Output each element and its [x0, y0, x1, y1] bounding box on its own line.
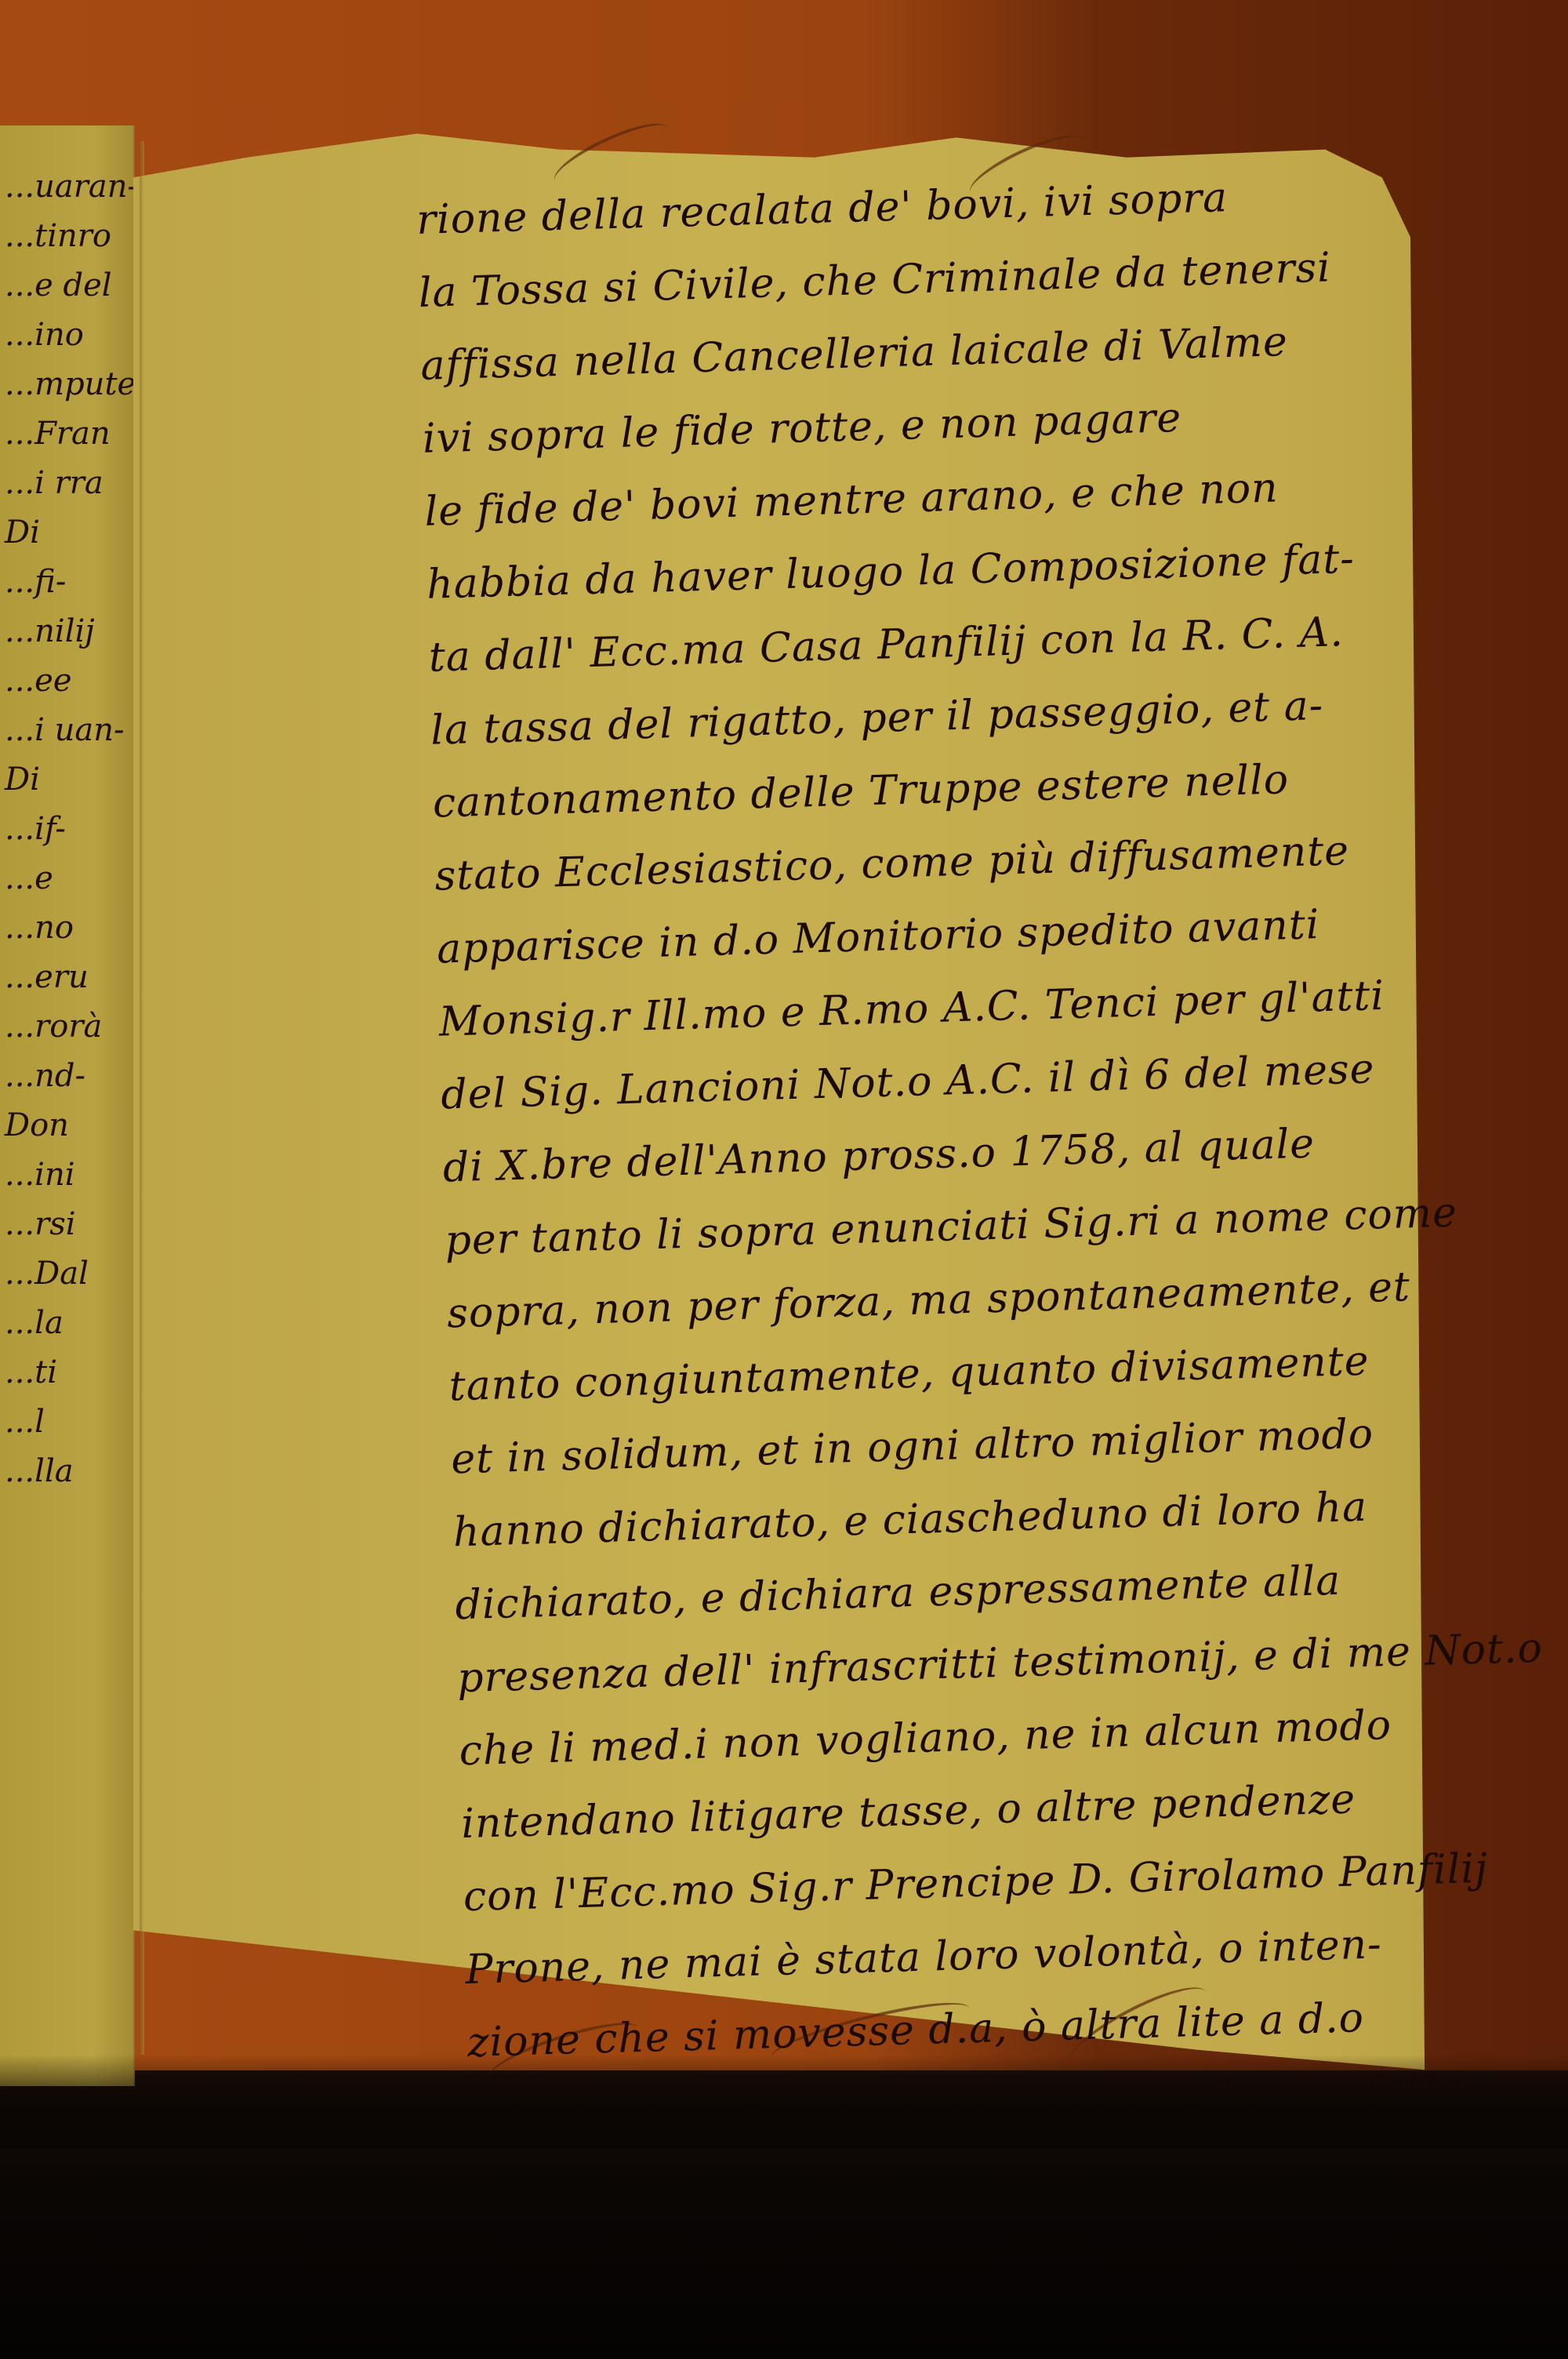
left-fragment: ...lla	[0, 1453, 133, 1503]
left-fragment: ...Dal	[0, 1256, 133, 1305]
page-fold	[140, 141, 144, 2055]
left-fragment: ...e del	[0, 267, 133, 317]
left-fragment: ...if-	[0, 811, 133, 860]
left-fragment: ...i uan-	[0, 712, 133, 761]
left-fragment: ...Fran	[0, 416, 133, 465]
left-fragment: ...i rra	[0, 465, 133, 514]
left-fragment: ...e	[0, 860, 133, 910]
left-fragment: ...ti	[0, 1354, 133, 1404]
left-fragment: Di	[0, 761, 133, 811]
left-fragment: ...tinro	[0, 218, 133, 267]
left-fragment: ...rorà	[0, 1009, 133, 1058]
left-fragment: ...mpute	[0, 366, 133, 416]
left-fragment: ...uaran-	[0, 169, 133, 218]
left-page-text: ...uaran- ...tinro ...e del ...ino ...mp…	[0, 169, 133, 1503]
manuscript-text: rione della recalata de' bovi, ivi sopra…	[416, 153, 1568, 2153]
left-fragment: ...nilij	[0, 613, 133, 663]
left-fragment: ...ini	[0, 1157, 133, 1206]
bottom-shadow	[0, 2055, 1568, 2149]
left-fragment: ...l	[0, 1404, 133, 1453]
left-fragment: Don	[0, 1107, 133, 1157]
left-fragment: ...rsi	[0, 1206, 133, 1256]
left-fragment: ...la	[0, 1305, 133, 1354]
left-fragment: ...ee	[0, 663, 133, 712]
left-fragment: ...eru	[0, 959, 133, 1009]
left-fragment: ...fi-	[0, 564, 133, 613]
left-fragment: ...nd-	[0, 1058, 133, 1107]
left-fragment: Di	[0, 514, 133, 564]
left-fragment: ...no	[0, 910, 133, 959]
left-fragment: ...ino	[0, 317, 133, 366]
